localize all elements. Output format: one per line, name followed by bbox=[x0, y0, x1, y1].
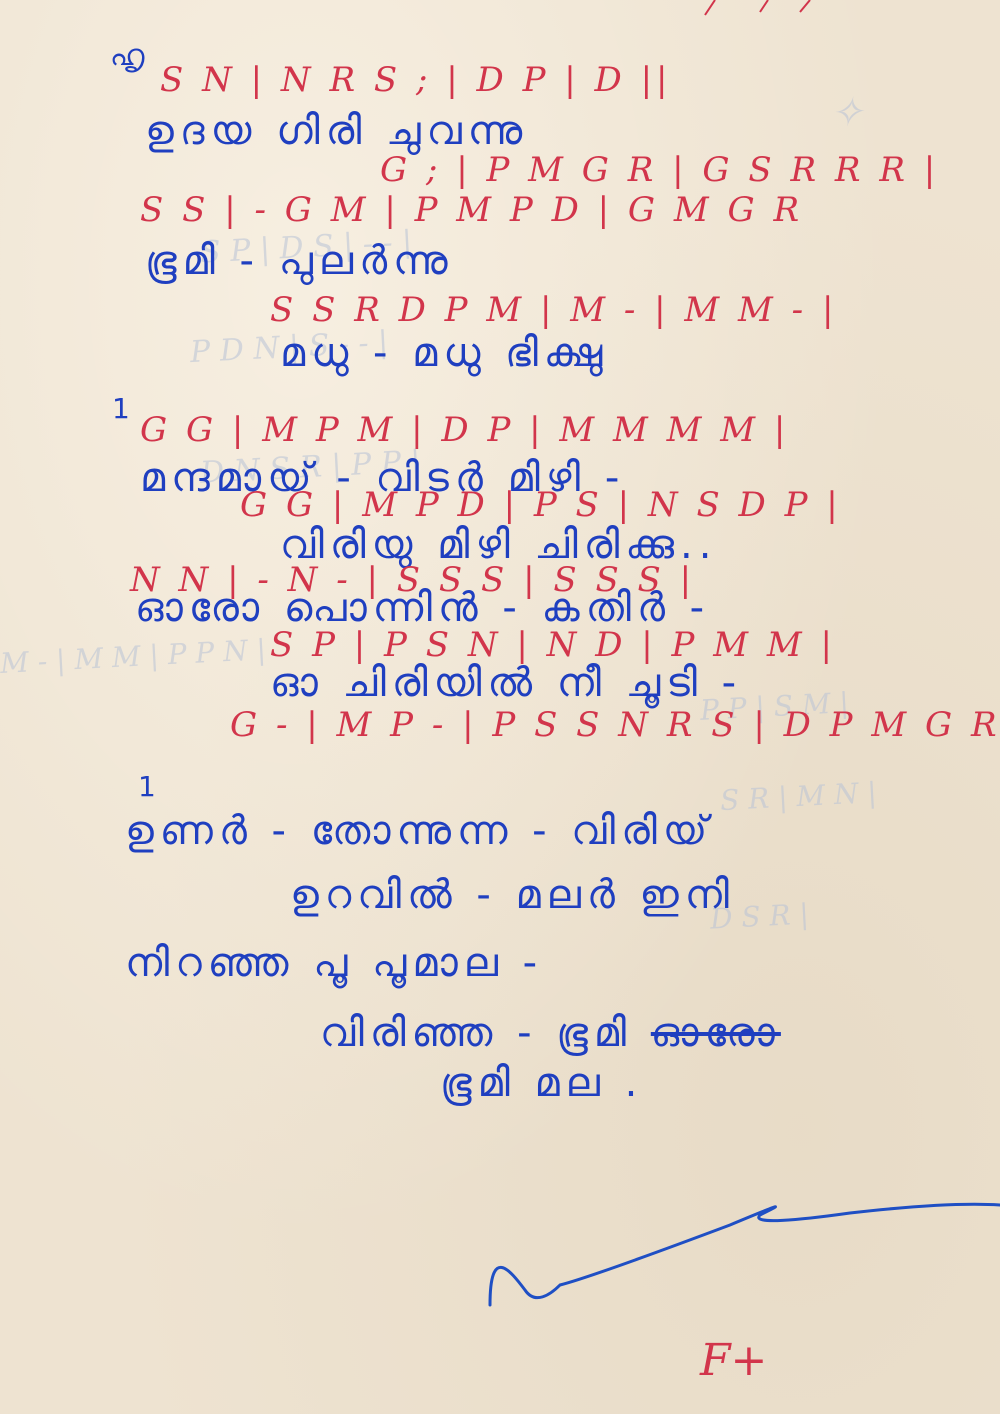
lyric-text: വിരിഞ്ഞ - ഭൂമി bbox=[320, 1010, 632, 1056]
stray-marks-icon bbox=[700, 0, 820, 20]
struck-text: ഓരോ bbox=[651, 1010, 781, 1056]
notation-line: S S | - G M | P M P D | G M G R bbox=[140, 190, 803, 230]
lyric-line: ഭൂമി - പുലർന്നു bbox=[145, 238, 454, 284]
lyric-line: ഉണർ - തോന്നുന്ന - വിരിയ് bbox=[125, 808, 713, 854]
notation-line: G G | M P M | D P | M M M M | bbox=[140, 410, 789, 450]
notation-line: G - | M P - | P S S N R S | D P M G R | bbox=[230, 705, 1000, 745]
header-mark: ഹൃ bbox=[110, 38, 151, 73]
lyric-line: നിറഞ്ഞ പൂ പൂമാല - bbox=[125, 940, 543, 986]
lyric-line: വിരിഞ്ഞ - ഭൂമി ഓരോ bbox=[320, 1010, 781, 1056]
lyric-line: ഓ ചിരിയിൽ നീ ചൂടി - bbox=[270, 660, 742, 706]
notation-line: S N | N R S ; | D P | D || bbox=[160, 60, 672, 100]
stanza-marker: 1 bbox=[112, 392, 136, 425]
lyric-line: ഉറവിൽ - മലർ ഇനി bbox=[290, 872, 735, 918]
lyric-line: ഭൂമി മല . bbox=[440, 1060, 643, 1106]
footer-mark: F+ bbox=[700, 1335, 767, 1386]
notation-line: G ; | P M G R | G S R R R | bbox=[380, 150, 939, 190]
notation-line: S S R D P M | M - | M M - | bbox=[270, 290, 837, 330]
ghost-sketch: ✧ bbox=[829, 89, 865, 137]
notation-line: S P | P S N | N D | P M M | bbox=[270, 625, 836, 665]
signature-icon bbox=[470, 1185, 1000, 1315]
notation-line: G G | M P D | P S | N S D P | bbox=[240, 485, 842, 525]
stanza-marker: 1 bbox=[138, 770, 162, 803]
lyric-line: ഉദയ ഗിരി ചുവന്നു bbox=[145, 108, 528, 154]
lyric-line: മധു - മധു ഭിക്ഷു bbox=[280, 330, 608, 376]
